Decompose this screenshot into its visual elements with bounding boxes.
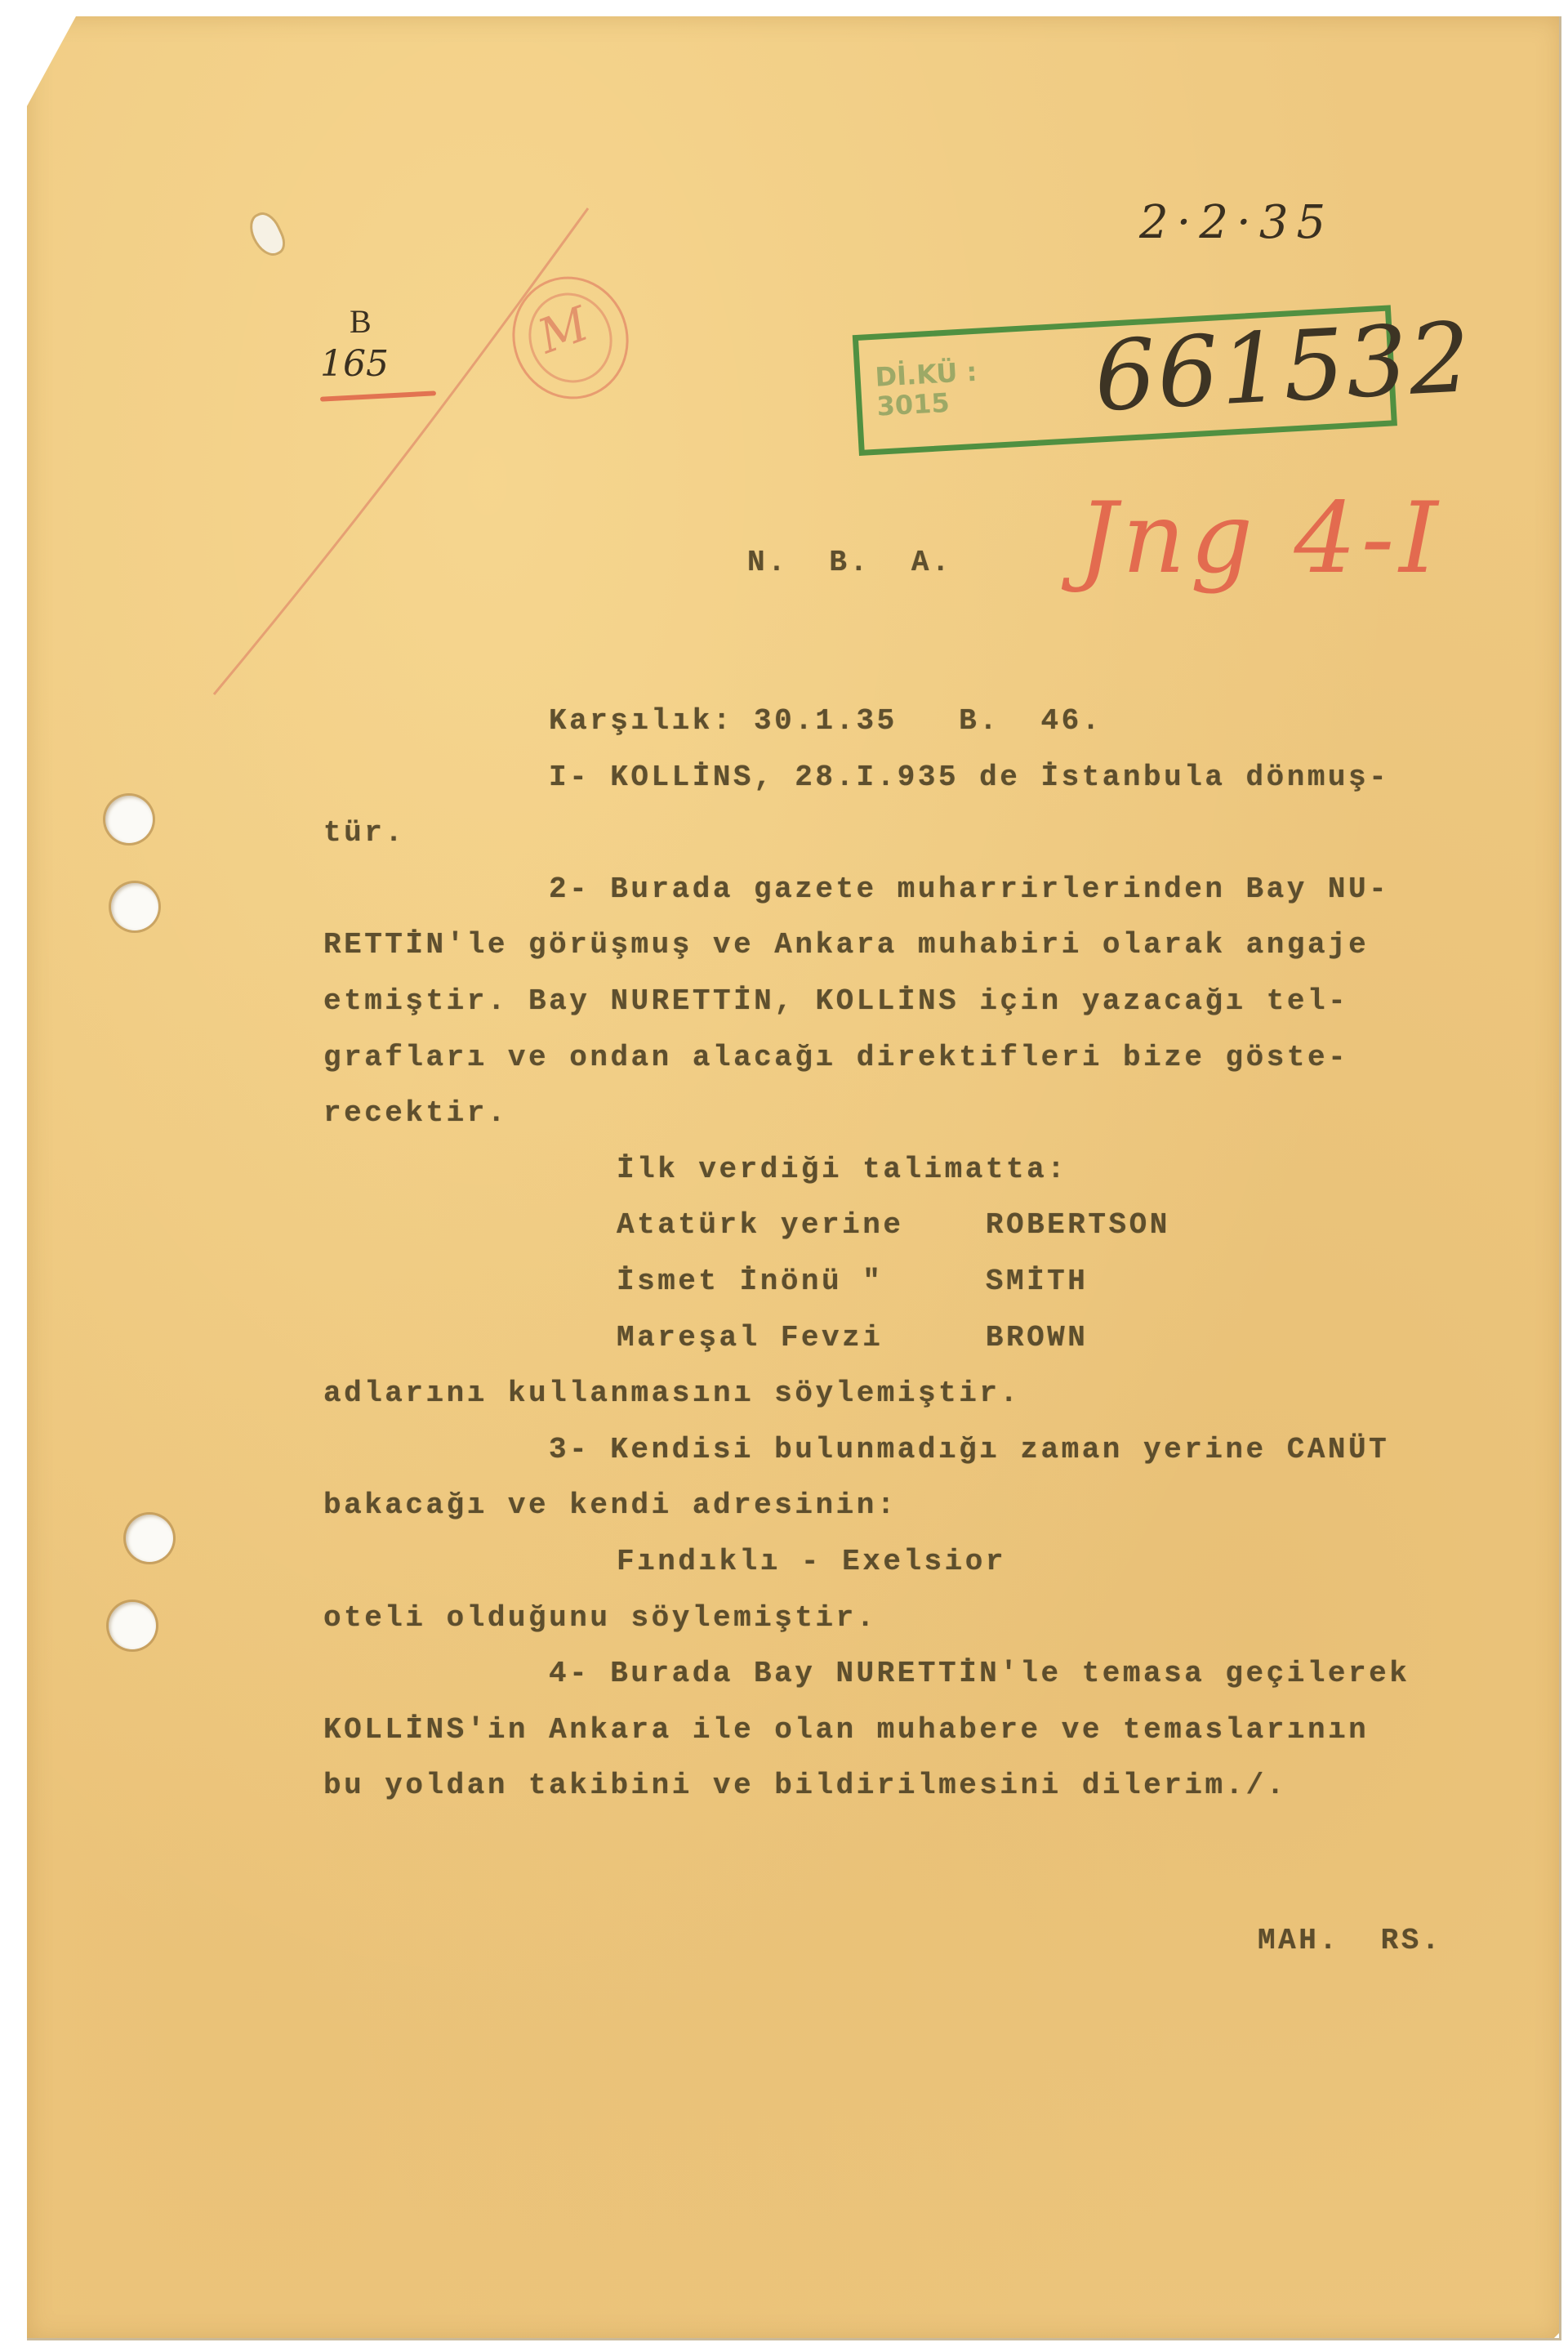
body-line: Karşılık: 30.1.35 B. 46.: [549, 704, 1102, 738]
punch-hole: [105, 796, 153, 843]
body-line: I- KOLLİNS, 28.I.935 de İstanbula dönmuş…: [549, 761, 1389, 794]
red-reference-note: Jng 4-I: [1078, 482, 1443, 596]
body-line: adlarını kullanmasını söylemiştir.: [323, 1377, 1021, 1410]
signature: MAH. RS.: [1258, 1924, 1442, 1957]
body-line: recektir.: [323, 1096, 508, 1130]
body-line: bu yoldan takibini ve bildirilmesini dil…: [323, 1769, 1287, 1802]
document-header: N. B. A.: [747, 546, 952, 579]
body-line: 2- Burada gazete muharrirlerinden Bay NU…: [549, 872, 1389, 906]
body-line: etmiştir. Bay NURETTİN, KOLLİNS için yaz…: [323, 984, 1348, 1018]
stamp-label: Dİ.KÜ : 3015: [875, 357, 980, 422]
punch-hole: [111, 883, 158, 930]
file-mark-letter: B: [350, 302, 372, 341]
punch-hole: [126, 1515, 173, 1562]
body-line: grafları ve ondan alacağı direktifleri b…: [323, 1041, 1348, 1074]
body-line: Fındıklı - Exelsior: [617, 1545, 1006, 1578]
handwritten-date: 2·2·35: [1139, 196, 1334, 249]
body-line: Atatürk yerine ROBERTSON: [617, 1208, 1170, 1242]
punch-hole: [109, 1602, 156, 1649]
body-line: İsmet İnönü " SMİTH: [617, 1265, 1088, 1298]
file-mark-number: 165: [320, 343, 389, 385]
body-line: KOLLİNS'in Ankara ile olan muhabere ve t…: [323, 1713, 1369, 1747]
body-line: RETTİN'le görüşmuş ve Ankara muhabiri ol…: [323, 928, 1369, 962]
body-line: tür.: [323, 816, 405, 850]
body-line: bakacağı ve kendi adresinin:: [323, 1488, 898, 1522]
body-line: İlk verdiği talimatta:: [617, 1153, 1067, 1186]
body-line: Mareşal Fevzi BROWN: [617, 1321, 1088, 1354]
body-line: 3- Kendisi bulunmadığı zaman yerine CANÜ…: [549, 1433, 1389, 1466]
archive-number: 661532: [1092, 301, 1475, 433]
body-line: oteli olduğunu söylemiştir.: [323, 1601, 877, 1635]
body-line: 4- Burada Bay NURETTİN'le temasa geçiler…: [549, 1657, 1410, 1690]
